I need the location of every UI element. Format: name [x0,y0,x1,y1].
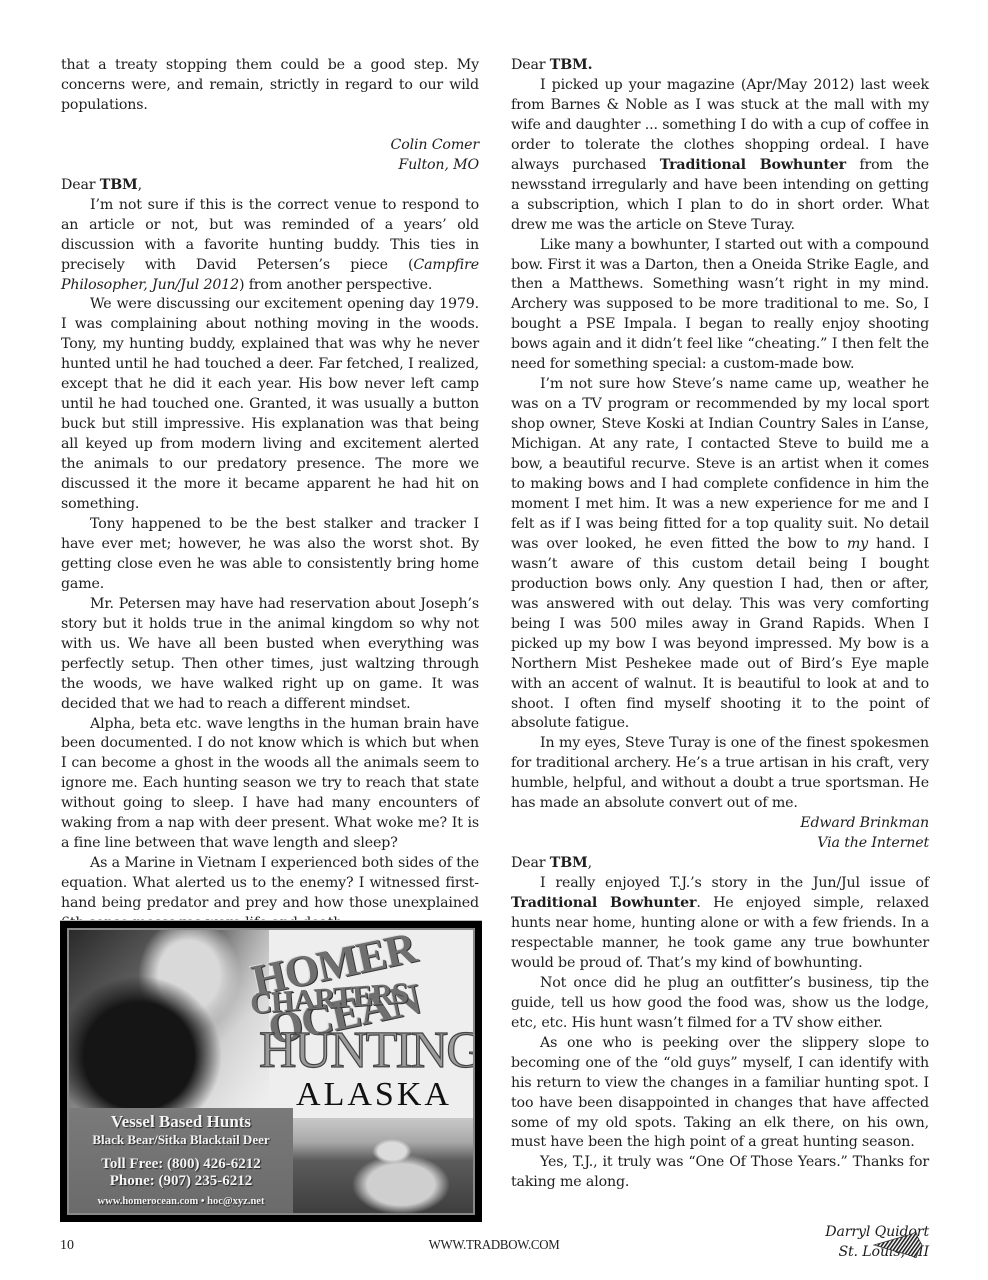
ad-web-email[interactable]: www.homerocean.com • hoc@xyz.net [69,1196,293,1207]
footer-url[interactable]: WWW.TRADBOW.COM [40,1238,949,1254]
ad-toll-free: Toll Free: (800) 426-6212 [69,1156,293,1173]
ad-tagline: Vessel Based Hunts [69,1112,293,1132]
ad-frame: HOMER OCEAN CHARTERS HUNTING ALASKA Vess… [67,928,475,1215]
ad-photo-deer-hunter [293,1118,473,1213]
paragraph: Like many a bowhunter, I started out wit… [511,236,929,376]
left-column: that a treaty stopping them could be a g… [61,56,479,974]
paragraph: Yes, T.J., it truly was “One Of Those Ye… [511,1153,929,1193]
ad-info-panel: Vessel Based Hunts Black Bear/Sitka Blac… [69,1108,293,1215]
paragraph: Mr. Petersen may have had reservation ab… [61,595,479,715]
right-column: Dear TBM. I picked up your magazine (Apr… [511,56,929,1263]
paragraph: As one who is peeking over the slippery … [511,1034,929,1154]
ad-species: Black Bear/Sitka Blacktail Deer [69,1132,293,1148]
paragraph: Not once did he plug an outfitter’s busi… [511,974,929,1034]
paragraph: I really enjoyed T.J.’s story in the Jun… [511,874,929,974]
arrowhead-icon [872,1232,924,1258]
paragraph: Alpha, beta etc. wave lengths in the hum… [61,715,479,855]
salutation: Dear TBM, [61,176,479,196]
salutation: Dear TBM, [511,854,929,874]
paragraph: Tony happened to be the best stalker and… [61,515,479,595]
paragraph: I picked up your magazine (Apr/May 2012)… [511,76,929,236]
paragraph: We were discussing our excitement openin… [61,295,479,514]
signature-name: Colin Comer [61,136,479,156]
paragraph: I’m not sure how Steve’s name came up, w… [511,375,929,734]
signature-place: Fulton, MO [61,156,479,176]
paragraph: that a treaty stopping them could be a g… [61,56,479,116]
ad-hunting-heading: HUNTING [259,1025,475,1077]
paragraph: In my eyes, Steve Turay is one of the fi… [511,734,929,814]
paragraph: I’m not sure if this is the correct venu… [61,196,479,296]
signature-place: Via the Internet [511,834,929,854]
ad-alaska-heading: ALASKA [269,1078,475,1112]
salutation: Dear TBM. [511,56,929,76]
magazine-title: Traditional Bowhunter [511,895,696,911]
ad-phone: Phone: (907) 235-6212 [69,1173,293,1190]
advertisement-homer-ocean-charters[interactable]: HOMER OCEAN CHARTERS HUNTING ALASKA Vess… [60,920,482,1222]
signature-name: Edward Brinkman [511,814,929,834]
magazine-title: Traditional Bowhunter [660,157,846,173]
